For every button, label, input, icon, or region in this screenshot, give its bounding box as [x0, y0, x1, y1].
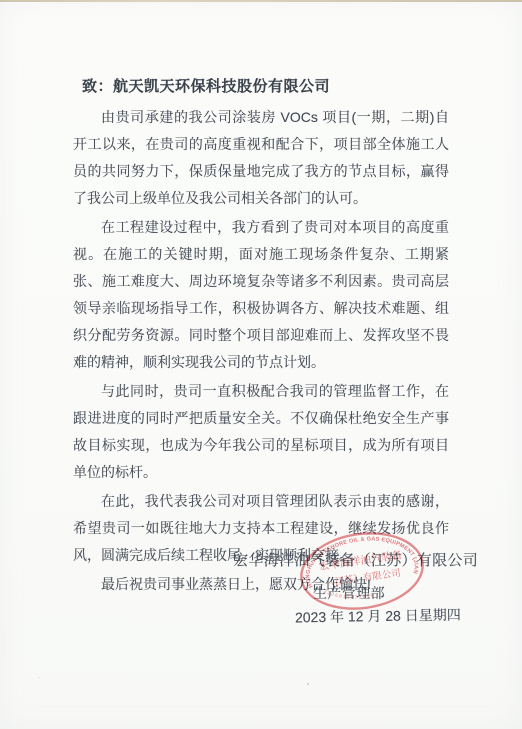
- scan-dust-speck: [307, 683, 309, 685]
- recipient-line: 致：航天凯天环保科技股份有限公司: [73, 76, 449, 98]
- letter-paragraph: 最后祝贵司事业蒸蒸日上，愿双方合作愉快!: [73, 571, 449, 598]
- scan-top-edge: [0, 0, 522, 2]
- signature-date-line: 2023 年 12 月 28 日星期四: [295, 605, 461, 628]
- letter-paragraph: 在工程建设过程中，我方看到了贵司对本项目的高度重视。在施工的关键时期，面对施工现…: [73, 214, 449, 376]
- scan-dust-speck: [38, 677, 40, 678]
- scanned-letter-page: 致：航天凯天环保科技股份有限公司 由贵司承建的我公司涂装房 VOCs 项目(一期…: [0, 0, 522, 729]
- letter-paragraph: 由贵司承建的我公司涂装房 VOCs 项目(一期，二期)自开工以来，在贵司的高度重…: [73, 104, 449, 212]
- letter-body: 致：航天凯天环保科技股份有限公司 由贵司承建的我公司涂装房 VOCs 项目(一期…: [73, 76, 449, 600]
- signature-company-line: 宏华海洋油气装备（江苏）有限公司: [233, 549, 478, 570]
- signature-department-line: 生产管理部: [313, 583, 385, 603]
- letter-paragraph: 与此同时，贵司一直积极配合我司的管理监督工作，在跟进进度的同时严把质量安全关。不…: [73, 378, 449, 486]
